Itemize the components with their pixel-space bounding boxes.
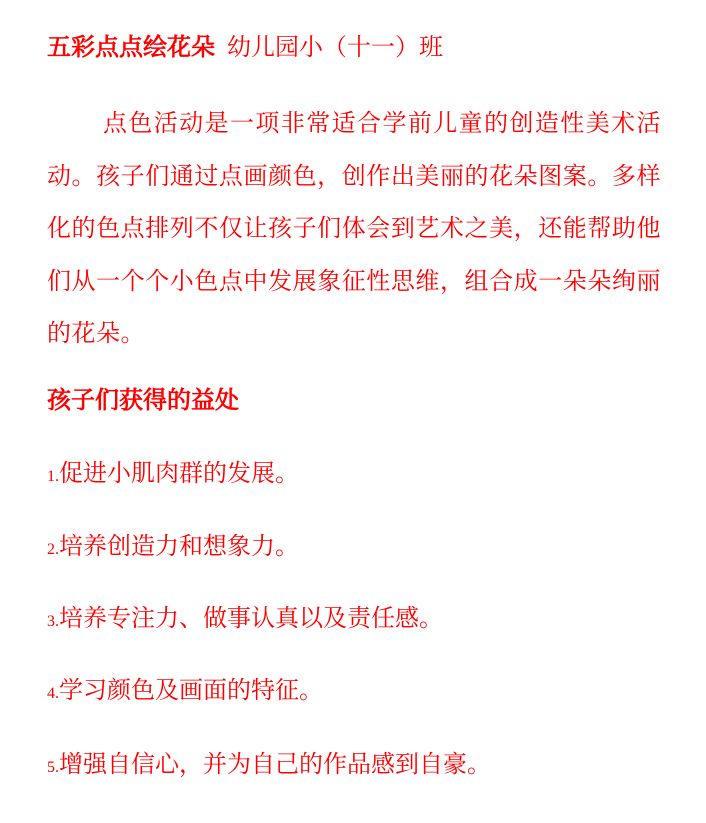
item-text: 增强自信心，并为自己的作品感到自豪。	[59, 750, 491, 778]
benefit-item: 4.学习颜色及画面的特征。	[47, 674, 323, 710]
benefit-item: 5.增强自信心，并为自己的作品感到自豪。	[47, 748, 491, 784]
item-text: 促进小肌肉群的发展。	[59, 459, 299, 487]
document-title: 五彩点点绘花朵幼儿园小（十一）班	[47, 31, 443, 63]
intro-paragraph: 点色活动是一项非常适合学前儿童的创造性美术活动。孩子们通过点画颜色，创作出美丽的…	[47, 97, 661, 360]
benefit-item: 1.促进小肌肉群的发展。	[47, 457, 299, 493]
title-main: 五彩点点绘花朵	[47, 33, 215, 61]
item-number: 4.	[47, 685, 59, 702]
item-text: 学习颜色及画面的特征。	[59, 676, 323, 704]
item-number: 5.	[47, 759, 59, 776]
benefit-item: 3.培养专注力、做事认真以及责任感。	[47, 602, 443, 638]
item-number: 1.	[47, 468, 59, 485]
item-text: 培养创造力和想象力。	[59, 532, 299, 560]
item-text: 培养专注力、做事认真以及责任感。	[59, 604, 443, 632]
benefit-item: 2.培养创造力和想象力。	[47, 530, 299, 566]
title-class: 幼儿园小（十一）班	[227, 33, 443, 61]
item-number: 3.	[47, 613, 59, 630]
section-heading: 孩子们获得的益处	[47, 384, 239, 416]
item-number: 2.	[47, 541, 59, 558]
